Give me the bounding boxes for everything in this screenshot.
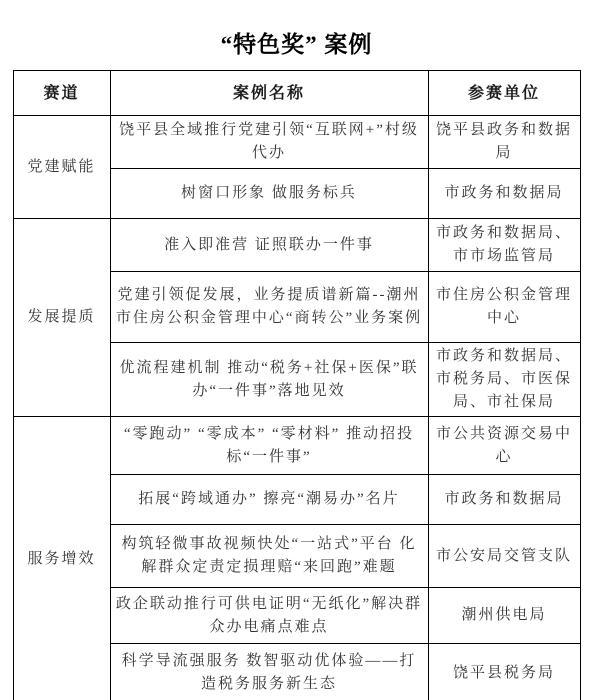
track-cell-service-efficiency: 服务增效 — [13, 417, 110, 700]
unit-cell: 市公安局交管支队 — [428, 525, 580, 588]
header-case-name: 案例名称 — [110, 71, 428, 116]
unit-cell: 市政务和数据局 — [428, 475, 580, 525]
unit-cell: 市公共资源交易中心 — [428, 417, 580, 475]
header-unit: 参赛单位 — [428, 71, 580, 116]
table-row: 服务增效 “零跑动” “零成本” “零材料” 推动招投标“一件事” 市公共资源交… — [13, 417, 580, 475]
case-cell: “零跑动” “零成本” “零材料” 推动招投标“一件事” — [110, 417, 428, 475]
table-row: 党建赋能 饶平县全域推行党建引领“互联网+”村级代办 饶平县政务和数据局 — [13, 116, 580, 169]
case-cell: 党建引领促发展，业务提质谱新篇--潮州市住房公积金管理中心“商转公”业务案例 — [110, 272, 428, 343]
unit-cell: 潮州供电局 — [428, 588, 580, 644]
case-cell: 构筑轻微事故视频快处“一站式”平台 化解群众定责定损理赔“来回跑”难题 — [110, 525, 428, 588]
awards-table: 赛道 案例名称 参赛单位 党建赋能 饶平县全域推行党建引领“互联网+”村级代办 … — [13, 70, 581, 700]
unit-cell: 市政务和数据局、市市场监管局 — [428, 219, 580, 272]
case-cell: 拓展“跨域通办” 擦亮“潮易办”名片 — [110, 475, 428, 525]
unit-cell: 市政务和数据局 — [428, 169, 580, 219]
table-row: 发展提质 准入即准营 证照联办一件事 市政务和数据局、市市场监管局 — [13, 219, 580, 272]
case-cell: 优流程建机制 推动“税务+社保+医保”联办“一件事”落地见效 — [110, 343, 428, 417]
case-cell: 饶平县全域推行党建引领“互联网+”村级代办 — [110, 116, 428, 169]
header-track: 赛道 — [13, 71, 110, 116]
header-row: 赛道 案例名称 参赛单位 — [13, 71, 580, 116]
case-cell: 科学导流强服务 数智驱动优体验——打造税务服务新生态 — [110, 644, 428, 700]
unit-cell: 饶平县税务局 — [428, 644, 580, 700]
track-cell-party-building: 党建赋能 — [13, 116, 110, 219]
track-cell-development-quality: 发展提质 — [13, 219, 110, 417]
page-title: “特色奖” 案例 — [0, 0, 593, 70]
document-page: “特色奖” 案例 赛道 案例名称 参赛单位 党建赋能 饶平县全域推行党建引领“互… — [0, 0, 593, 700]
unit-cell: 市住房公积金管理中心 — [428, 272, 580, 343]
unit-cell: 市政务和数据局、市税务局、市医保局、市社保局 — [428, 343, 580, 417]
case-cell: 政企联动推行可供电证明“无纸化”解决群众办电痛点难点 — [110, 588, 428, 644]
case-cell: 树窗口形象 做服务标兵 — [110, 169, 428, 219]
case-cell: 准入即准营 证照联办一件事 — [110, 219, 428, 272]
unit-cell: 饶平县政务和数据局 — [428, 116, 580, 169]
